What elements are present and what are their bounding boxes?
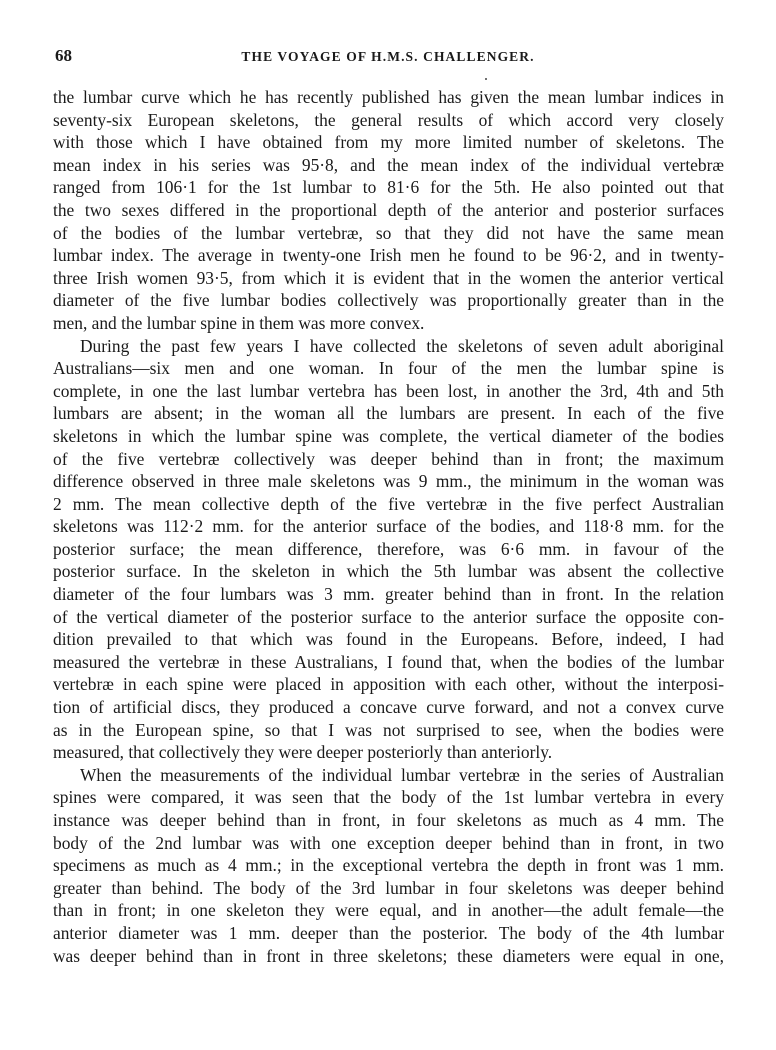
text-line: the two sexes differed in the proportion… [53, 199, 724, 222]
text-line: posterior surface. In the skeleton in wh… [53, 560, 724, 583]
text-line: instance was deeper behind than in front… [53, 809, 724, 832]
text-line: of the five vertebræ collectively was de… [53, 448, 724, 471]
paragraph-2: During the past few years I have collect… [53, 335, 724, 764]
book-page: 68 THE VOYAGE OF H.M.S. CHALLENGER. the … [0, 0, 776, 1050]
text-line: Australians—six men and one woman. In fo… [53, 357, 724, 380]
text-line: difference observed in three male skelet… [53, 470, 724, 493]
text-line: 2 mm. The mean collective depth of the f… [53, 493, 724, 516]
text-line: vertebræ in each spine were placed in ap… [53, 673, 724, 696]
text-line: lumbars are absent; in the woman all the… [53, 402, 724, 425]
body-text: the lumbar curve which he has recently p… [53, 86, 724, 967]
text-line: three Irish women 93·5, from which it is… [53, 267, 724, 290]
text-line: greater than behind. The body of the 3rd… [53, 877, 724, 900]
text-line: dition prevailed to that which was found… [53, 628, 724, 651]
text-line: as in the European spine, so that I was … [53, 719, 724, 742]
text-line: the lumbar curve which he has recently p… [53, 86, 724, 109]
text-line: of the bodies of the lumbar vertebræ, so… [53, 222, 724, 245]
text-line: diameter of the five lumbar bodies colle… [53, 289, 724, 312]
text-line: body of the 2nd lumbar was with one exce… [53, 832, 724, 855]
text-line: skeletons was 112·2 mm. for the anterior… [53, 515, 724, 538]
text-line: ranged from 106·1 for the 1st lumbar to … [53, 176, 724, 199]
running-head: 68 THE VOYAGE OF H.M.S. CHALLENGER. [53, 46, 724, 66]
text-line: lumbar index. The average in twenty-one … [53, 244, 724, 267]
text-line: When the measurements of the individual … [53, 764, 724, 787]
text-line: men, and the lumbar spine in them was mo… [53, 312, 724, 335]
running-title: THE VOYAGE OF H.M.S. CHALLENGER. [230, 48, 546, 66]
text-line: measured, that collectively they were de… [53, 741, 724, 764]
paragraph-3: When the measurements of the individual … [53, 764, 724, 967]
text-line: diameter of the four lumbars was 3 mm. g… [53, 583, 724, 606]
text-line: mean index in his series was 95·8, and t… [53, 154, 724, 177]
text-line: specimens as much as 4 mm.; in the excep… [53, 854, 724, 877]
text-line: of the vertical diameter of the posterio… [53, 606, 724, 629]
print-speck [485, 78, 487, 80]
text-line: measured the vertebræ in these Australia… [53, 651, 724, 674]
page-number: 68 [55, 46, 72, 66]
text-line: than in front; in one skeleton they were… [53, 899, 724, 922]
text-line: seventy-six European skeletons, the gene… [53, 109, 724, 132]
text-line: with those which I have obtained from my… [53, 131, 724, 154]
text-line: During the past few years I have collect… [53, 335, 724, 358]
text-line: posterior surface; the mean difference, … [53, 538, 724, 561]
text-line: tion of artificial discs, they produced … [53, 696, 724, 719]
text-line: skeletons in which the lumbar spine was … [53, 425, 724, 448]
paragraph-1: the lumbar curve which he has recently p… [53, 86, 724, 335]
text-line: complete, in one the last lumbar vertebr… [53, 380, 724, 403]
text-line: anterior diameter was 1 mm. deeper than … [53, 922, 724, 945]
text-line: spines were compared, it was seen that t… [53, 786, 724, 809]
text-line: was deeper behind than in front in three… [53, 945, 724, 968]
